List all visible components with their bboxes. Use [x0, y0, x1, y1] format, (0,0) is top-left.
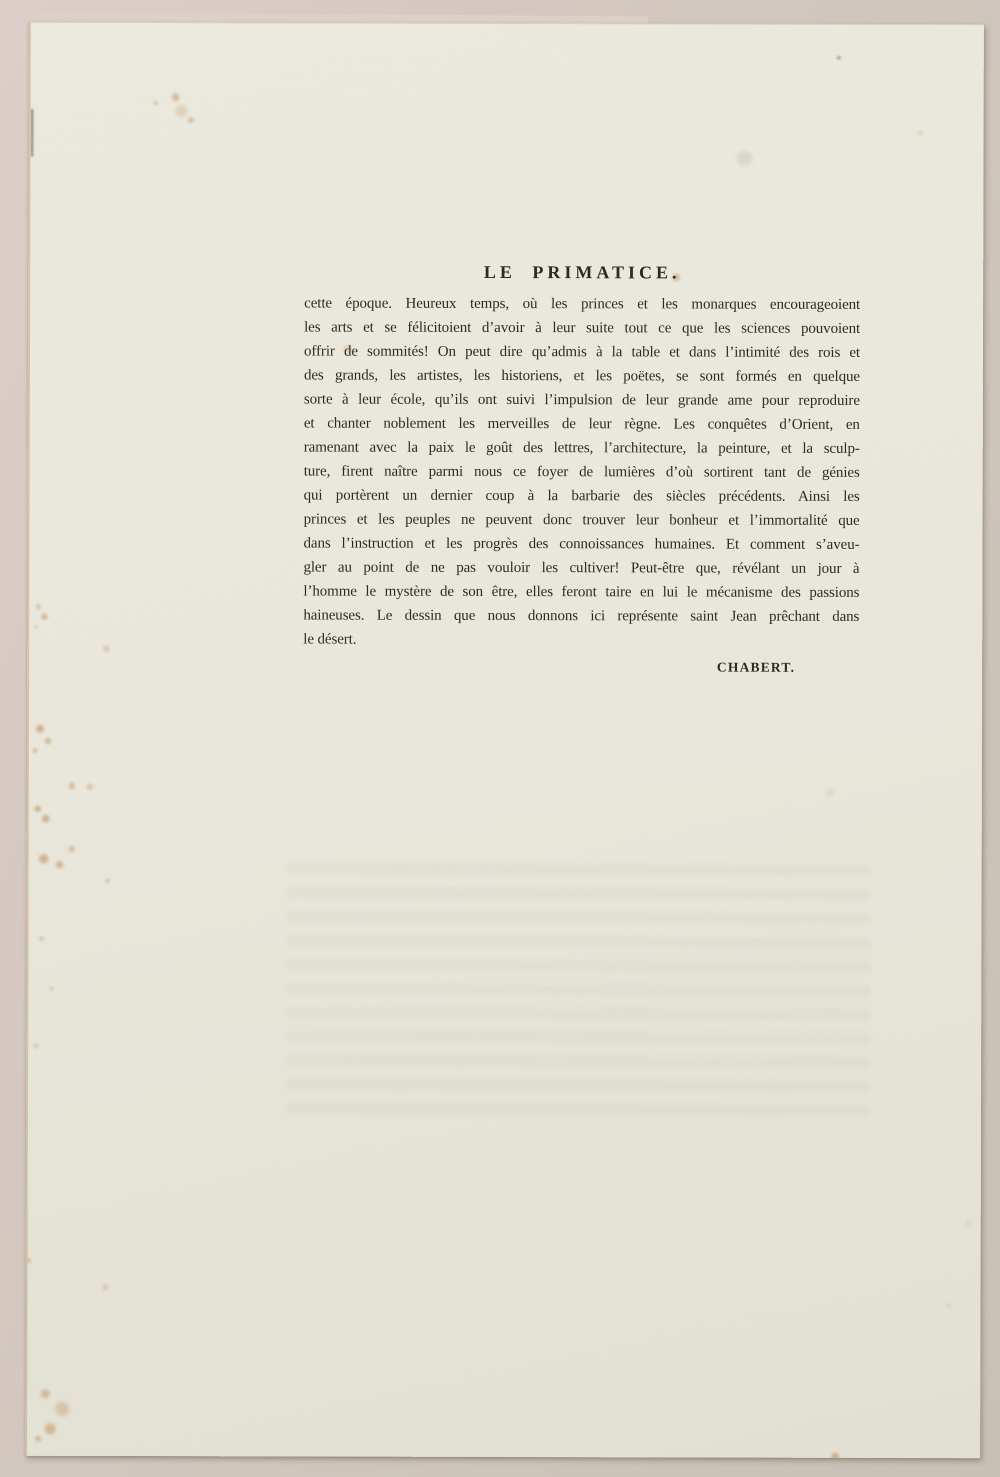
- foxing-spot: [174, 103, 190, 119]
- paragraph-line: gler au point de ne pas vouloir les cult…: [303, 555, 859, 580]
- verso-show-through: [286, 863, 871, 1123]
- foxing-spot: [86, 783, 94, 791]
- paragraph-line: des grands, les artistes, les historiens…: [304, 363, 860, 388]
- paragraph-line: dans l’instruction et les progrès des co…: [303, 531, 859, 556]
- foxing-spot: [825, 788, 835, 798]
- edge-mark: [31, 109, 34, 157]
- foxing-spot: [38, 936, 44, 942]
- foxing-spot: [41, 814, 51, 824]
- page: LE PRIMATICE. cette époque. Heureux temp…: [25, 22, 984, 1458]
- foxing-spot: [917, 129, 925, 137]
- foxing-spot: [34, 1435, 42, 1443]
- paragraph-line: l’homme le mystère de son être, elles fe…: [303, 579, 859, 604]
- paragraph-line: princes et les peuples ne peuvent donc t…: [304, 507, 860, 532]
- paragraph-line: sorte à leur école, qu’ils ont suivi l’i…: [304, 387, 860, 412]
- foxing-spot: [102, 1283, 110, 1291]
- foxing-spot: [34, 625, 38, 629]
- foxing-spot: [34, 805, 42, 813]
- foxing-spot: [68, 845, 76, 853]
- foxing-spot: [48, 986, 54, 992]
- foxing-spot: [837, 56, 841, 60]
- signature: CHABERT.: [303, 657, 859, 676]
- paragraph-line: offrir de sommités! On peut dire qu’admi…: [304, 339, 860, 364]
- foxing-spot: [32, 748, 38, 754]
- paragraph-line: cette époque. Heureux temps, où les prin…: [304, 291, 860, 316]
- paragraph-line: et chanter noblement les merveilles de l…: [304, 411, 860, 436]
- foxing-spot: [38, 853, 50, 865]
- text-block: LE PRIMATICE. cette époque. Heureux temp…: [303, 259, 860, 676]
- paragraph-line: haineuses. Le dessin que nous donnons ic…: [303, 603, 859, 628]
- foxing-spot: [966, 1220, 972, 1226]
- paragraph-line: ramenant avec la paix le goût des lettre…: [304, 435, 860, 460]
- foxing-spot: [39, 1388, 51, 1400]
- foxing-spot: [43, 1422, 57, 1436]
- foxing-spot: [102, 645, 110, 653]
- paragraph-line: les arts et se félicitoient d’avoir à le…: [304, 315, 860, 340]
- paragraph-line: ture, firent naître parmi nous ce foyer …: [304, 459, 860, 484]
- foxing-spot: [153, 100, 159, 106]
- foxing-spot: [187, 116, 195, 124]
- paragraph: cette époque. Heureux temps, où les prin…: [303, 291, 860, 652]
- paragraph-line: qui portèrent un dernier coup à la barba…: [304, 483, 860, 508]
- foxing-spot: [68, 782, 76, 790]
- foxing-spot: [53, 1400, 71, 1418]
- foxing-spot: [734, 149, 754, 169]
- foxing-spot: [947, 1303, 951, 1307]
- foxing-spot: [105, 878, 111, 884]
- foxing-spot: [35, 724, 45, 734]
- foxing-spot: [40, 613, 48, 621]
- paragraph-line: le désert.: [303, 627, 859, 652]
- foxing-spot: [35, 604, 41, 610]
- foxing-spot: [830, 1452, 840, 1458]
- foxing-spot: [26, 1258, 32, 1264]
- page-title: LE PRIMATICE.: [304, 259, 860, 284]
- foxing-spot: [33, 1043, 39, 1049]
- foxing-spot: [55, 860, 65, 870]
- foxing-stains: [31, 23, 984, 25]
- foxing-spot: [171, 92, 181, 102]
- photo-backdrop: LE PRIMATICE. cette époque. Heureux temp…: [0, 0, 1000, 1477]
- foxing-spot: [44, 737, 52, 745]
